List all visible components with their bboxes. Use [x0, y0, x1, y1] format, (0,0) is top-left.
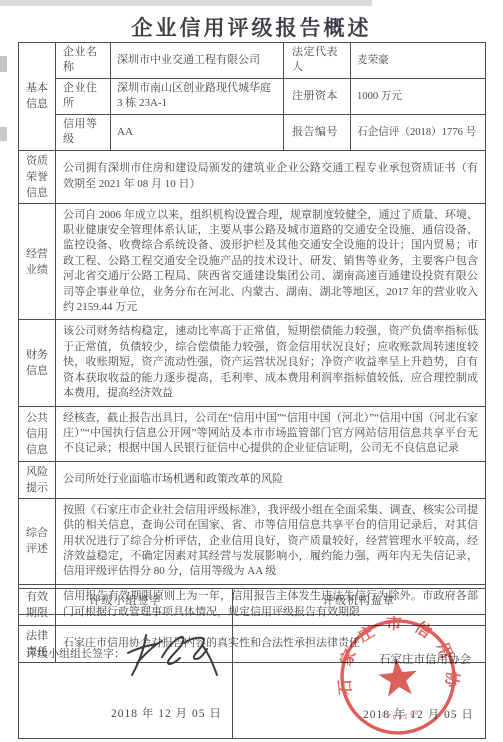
report-table: 基本信息 企业名称 深圳市中业交通工程有限公司 法定代表人 麦荣豪 企业住所 深…: [18, 42, 486, 663]
table-row: 企业住所 深圳市南山区创业路现代城华庭 3 栋 23A-1 注册资本 1000 …: [19, 78, 486, 114]
team-signature-header: 评级小组签字: [19, 589, 233, 615]
table-row: 资质荣誉信息 公司拥有深圳市住房和建设局颁发的建筑业企业公路交通工程专业承包资质…: [19, 150, 486, 203]
section-text-public-credit-info: 经核查，截止报告出具日，公司在“信用中国”“信用中国（河北）”“信用中国（河北石…: [56, 406, 486, 461]
team-signature-date: 2018 年 12 月 05 日: [111, 707, 222, 722]
field-value-legal-representative: 麦荣豪: [351, 43, 486, 79]
field-label-report-number: 报告编号: [284, 114, 351, 150]
table-row: 基本信息 企业名称 深圳市中业交通工程有限公司 法定代表人 麦荣豪: [19, 43, 486, 79]
table-row: 评级小组组长签字： 2018 年 12 月 05 日 石家庄市信用协会 2018…: [19, 615, 486, 739]
field-value-registered-capital: 1000 万元: [351, 78, 486, 114]
section-text-financial-info: 该公司财务结构稳定，速动比率高于正常值，短期偿债能力较强，资产负债率指标低于正常…: [56, 320, 486, 406]
section-text-comprehensive-review: 按照《石家庄市企业社会信用评级标准》，我评级小组在全面采集、调查、核实公司提供的…: [56, 498, 486, 584]
field-value-company-address: 深圳市南山区创业路现代城华庭 3 栋 23A-1: [111, 78, 284, 114]
field-label-company-address: 企业住所: [56, 78, 111, 114]
table-row: 综合评述 按照《石家庄市企业社会信用评级标准》，我评级小组在全面采集、调查、核实…: [19, 498, 486, 584]
section-label-public-credit-info: 公共信用信息: [19, 406, 56, 461]
table-row: 信用等级 AA 报告编号 石企信评（2018）1776 号: [19, 114, 486, 150]
section-label-basic-info: 基本信息: [19, 43, 56, 151]
field-label-company-name: 企业名称: [56, 43, 111, 79]
team-signature-cell: 评级小组组长签字： 2018 年 12 月 05 日: [19, 615, 233, 739]
table-row: 公共信用信息 经核查，截止报告出具日，公司在“信用中国”“信用中国（河北）”“信…: [19, 406, 486, 461]
table-row: 风险提示 公司所处行业面临市场机遇和政策改革的风险: [19, 461, 486, 498]
section-label-qualifications: 资质荣誉信息: [19, 150, 56, 203]
section-label-comprehensive-review: 综合评述: [19, 498, 56, 584]
field-label-credit-rating: 信用等级: [56, 114, 111, 150]
seal-serial-number: 0702230: [380, 707, 423, 723]
section-label-risk-warning: 风险提示: [19, 461, 56, 498]
section-label-financial-info: 财务信息: [19, 320, 56, 406]
signature-table: 评级小组签字 评级机构盖章 评级小组组长签字： 2018 年 12 月 05 日: [18, 588, 486, 739]
field-value-company-name: 深圳市中业交通工程有限公司: [111, 43, 284, 79]
credit-rating-report-page: 企业信用评级报告概述 基本信息 企业名称 深圳市中业交通工程有限公司 法定代表人…: [0, 0, 503, 742]
section-text-business-performance: 公司自 2006 年成立以来，组织机构设置合理，规章制度较健全，通过了质量、环境…: [56, 203, 486, 320]
scan-artifact-top: [0, 0, 372, 6]
table-row: 评级小组签字 评级机构盖章: [19, 589, 486, 615]
svg-text:0702230: 0702230: [380, 707, 423, 723]
field-label-legal-representative: 法定代表人: [284, 43, 351, 79]
scan-artifact-left: [0, 127, 7, 141]
table-row: 经营业绩 公司自 2006 年成立以来，组织机构设置合理，规章制度较健全，通过了…: [19, 203, 486, 320]
scan-artifact-left: [0, 56, 7, 72]
table-row: 财务信息 该公司财务结构稳定，速动比率高于正常值，短期偿债能力较强，资产负债率指…: [19, 320, 486, 406]
seal-star-icon: [377, 657, 419, 698]
leader-signature-handwriting: [124, 623, 224, 685]
agency-round-seal: 石家庄市信用协会 0702230: [329, 610, 467, 742]
page-title: 企业信用评级报告概述: [0, 12, 503, 42]
section-label-business-performance: 经营业绩: [19, 203, 56, 320]
section-text-risk-warning: 公司所处行业面临市场机遇和政策改革的风险: [56, 461, 486, 498]
section-text-qualifications: 公司拥有深圳市住房和建设局颁发的建筑业企业公路交通工程专业承包资质证书（有效期至…: [56, 150, 486, 203]
field-label-registered-capital: 注册资本: [284, 78, 351, 114]
agency-seal-cell: 石家庄市信用协会 2018 年 12 月 05 日 石家庄市信用协会 07022…: [233, 615, 486, 739]
leader-signature-label: 评级小组组长签字：: [26, 647, 125, 662]
field-value-credit-rating: AA: [111, 114, 284, 150]
field-value-report-number: 石企信评（2018）1776 号: [351, 114, 486, 150]
